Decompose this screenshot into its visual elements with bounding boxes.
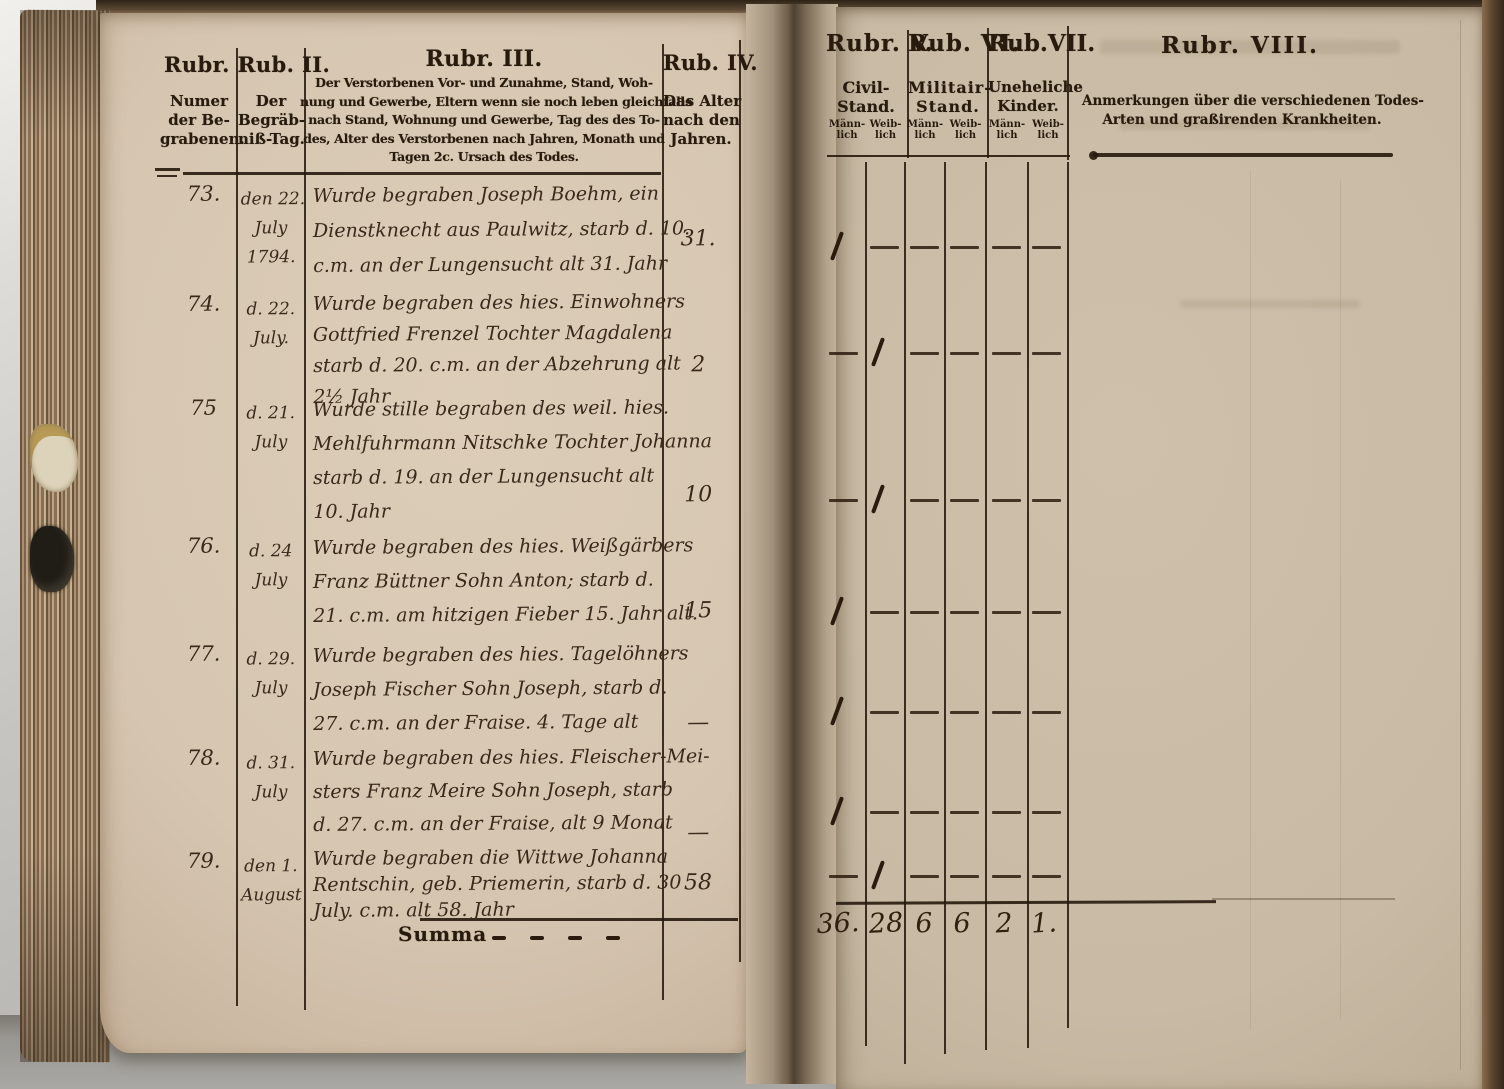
- burial-entry-row: 73.den 22.July1794.Wurde begraben Joseph…: [165, 176, 742, 292]
- tally-dash-mark: [992, 499, 1021, 502]
- tally-dash-mark: [950, 711, 979, 714]
- entry-age-years: —: [667, 820, 729, 845]
- summa-total-value: 28: [868, 907, 904, 940]
- tally-rule-2: [904, 162, 906, 1064]
- right-page: [836, 7, 1484, 1089]
- tally-dash-mark: [910, 711, 939, 714]
- tally-dash-mark: [910, 811, 939, 814]
- tally-dash-mark: [1032, 611, 1061, 614]
- entry-burial-date: den 22.July1794.: [241, 185, 302, 272]
- entry-age-years: 10: [667, 482, 729, 507]
- summa-total-value: 36.: [816, 907, 861, 940]
- summa-dash: [606, 936, 620, 940]
- header-underline: [183, 172, 661, 175]
- tally-dash-mark: [870, 711, 899, 714]
- burial-register-photo: Rubr. I. Numerder Be-grabenen. Rub. II. …: [0, 0, 1504, 1089]
- entry-number: 78.: [177, 746, 231, 770]
- sex-column-label: Männ-lich: [828, 120, 866, 141]
- entry-description: Wurde stille begraben des weil. hies.Meh…: [313, 391, 668, 529]
- book-right-edge: [1482, 0, 1504, 1089]
- entry-burial-date: d. 21.July: [241, 399, 301, 457]
- summa-total-value: 2: [995, 908, 1014, 940]
- rubric-viii-rule-dot: [1089, 151, 1098, 160]
- rubric-vi-label: Rub. VI.: [908, 30, 988, 57]
- tally-dash-mark: [950, 611, 979, 614]
- right-page-fold-line: [1460, 20, 1461, 1070]
- tally-dash-mark: [1032, 499, 1061, 502]
- tally-rule-6: [1067, 162, 1069, 1028]
- page-crease: [1250, 170, 1251, 1030]
- summa-dash: [530, 936, 544, 940]
- sex-column-label: Weib-lich: [1028, 120, 1068, 141]
- burial-entry-row: 77.d. 29.JulyWurde begraben des hies. Ta…: [165, 636, 742, 744]
- burial-entry-row: 75d. 21.JulyWurde stille begraben des we…: [165, 390, 742, 532]
- entry-description: Wurde begraben des hies. WeißgärbersFran…: [313, 529, 668, 633]
- entry-burial-date: den 1.August: [241, 852, 301, 910]
- tally-dash-mark: [950, 499, 979, 502]
- burial-entry-row: 76.d. 24JulyWurde begraben des hies. Wei…: [165, 528, 742, 640]
- rubric-v-label: Rubr. V.: [826, 30, 908, 57]
- tally-rule-4: [985, 162, 987, 1050]
- rubric-viii-rule: [1093, 153, 1393, 157]
- tally-dash-mark: [1032, 246, 1061, 249]
- rubric-ii-label: Rub. II.: [238, 52, 304, 77]
- tally-rule-3: [944, 162, 946, 1054]
- sex-header-underline: [827, 155, 1070, 157]
- entry-age-years: 2: [667, 352, 729, 377]
- tally-dash-mark: [992, 246, 1021, 249]
- entry-burial-date: d. 22.July.: [241, 295, 301, 353]
- tally-dash-mark: [992, 711, 1021, 714]
- entry-burial-date: d. 29.July: [241, 645, 301, 703]
- tally-dash-mark: [950, 352, 979, 355]
- tally-rule-1: [865, 162, 867, 1046]
- entry-number: 79.: [177, 849, 231, 873]
- tally-dash-mark: [1032, 352, 1061, 355]
- summa-dash: [492, 936, 506, 940]
- civil-stand-heading: Civil-Stand.: [826, 78, 906, 116]
- rubric-iv-heading: Das Alternach denJahren.: [663, 92, 739, 149]
- summa-total-line-faint: [1212, 898, 1395, 900]
- tally-dash-mark: [910, 352, 939, 355]
- header-underline-dash: [155, 168, 180, 171]
- rubric-vii-label: Rub.VII.: [988, 30, 1068, 57]
- rubric-i-label: Rubr. I.: [164, 52, 236, 77]
- entry-age-years: 31.: [667, 226, 729, 251]
- tally-dash-mark: [950, 811, 979, 814]
- tally-dash-mark: [870, 811, 899, 814]
- rubric-iii-label: Rubr. III.: [306, 46, 662, 72]
- entry-number: 77.: [177, 642, 231, 666]
- entry-description: Wurde begraben die Wittwe JohannaRentsch…: [313, 844, 668, 924]
- entry-number: 73.: [177, 182, 231, 206]
- entry-age-years: 15: [667, 598, 729, 623]
- rubric-ii-heading: DerBegräb-niß-Tag.: [238, 92, 304, 149]
- sex-column-label: Weib-lich: [945, 120, 986, 141]
- tally-dash-mark: [870, 611, 899, 614]
- fore-edge-damage-dark-spot: [30, 526, 74, 592]
- rubric-viii-note: Anmerkungen über die verschiedenen Todes…: [1082, 92, 1402, 130]
- tally-dash-mark: [950, 875, 979, 878]
- tally-dash-mark: [992, 352, 1021, 355]
- militair-stand-heading: Militair-Stand.: [908, 78, 988, 116]
- tally-dash-mark: [1032, 811, 1061, 814]
- summa-label: Summa: [398, 922, 487, 946]
- uneheliche-kinder-heading: UnehelicheKinder.: [988, 78, 1068, 116]
- entry-number: 74.: [177, 292, 231, 316]
- tally-dash-mark: [829, 499, 858, 502]
- ink-bleed-through: [1180, 300, 1360, 308]
- entry-burial-date: d. 24July: [241, 537, 301, 595]
- tally-dash-mark: [992, 875, 1021, 878]
- rubric-viii-label: Rubr. VIII.: [1130, 32, 1350, 59]
- rubric-iv-label: Rub. IV.: [663, 50, 739, 75]
- burial-entry-row: 74.d. 22.July.Wurde begraben des hies. E…: [165, 286, 742, 394]
- summa-total-value: 1.: [1030, 907, 1057, 939]
- tally-rule-5: [1027, 162, 1029, 1048]
- sex-column-label: Weib-lich: [866, 120, 905, 141]
- summa-total-value: 6: [953, 908, 972, 940]
- tally-dash-mark: [910, 499, 939, 502]
- burial-entry-row: 78.d. 31.JulyWurde begraben des hies. Fl…: [165, 740, 742, 844]
- entry-age-years: —: [667, 710, 729, 735]
- tally-dash-mark: [1032, 711, 1061, 714]
- header-underline-dash2: [157, 175, 177, 177]
- sex-column-label: Männ-lich: [905, 120, 945, 141]
- entry-age-years: 58: [667, 870, 729, 895]
- tally-dash-mark: [910, 875, 939, 878]
- entry-burial-date: d. 31.July: [241, 749, 301, 807]
- tally-dash-mark: [992, 811, 1021, 814]
- tally-dash-mark: [870, 246, 899, 249]
- entry-description: Wurde begraben Joseph Boehm, einDienstkn…: [313, 177, 668, 284]
- entry-number: 76.: [177, 534, 231, 558]
- tally-dash-mark: [1032, 875, 1061, 878]
- burial-entry-row: 79.den 1.AugustWurde begraben die Wittwe…: [165, 843, 742, 927]
- entry-number: 75: [177, 396, 231, 420]
- rubric-iii-heading: Der Verstorbenen Vor- und Zunahme, Stand…: [300, 74, 668, 167]
- tally-dash-mark: [950, 246, 979, 249]
- tally-dash-mark: [910, 611, 939, 614]
- entry-description: Wurde begraben des hies. Fleischer-Mei-s…: [313, 741, 668, 842]
- tally-dash-mark: [829, 352, 858, 355]
- summa-dash: [568, 936, 582, 940]
- tally-dash-mark: [829, 875, 858, 878]
- summa-total-value: 6: [915, 908, 934, 940]
- rubric-i-heading: Numerder Be-grabenen.: [160, 92, 238, 149]
- tally-dash-mark: [910, 246, 939, 249]
- entry-description: Wurde begraben des hies. TagelöhnersJose…: [313, 637, 668, 741]
- sex-column-label: Männ-lich: [986, 120, 1028, 141]
- tally-dash-mark: [992, 611, 1021, 614]
